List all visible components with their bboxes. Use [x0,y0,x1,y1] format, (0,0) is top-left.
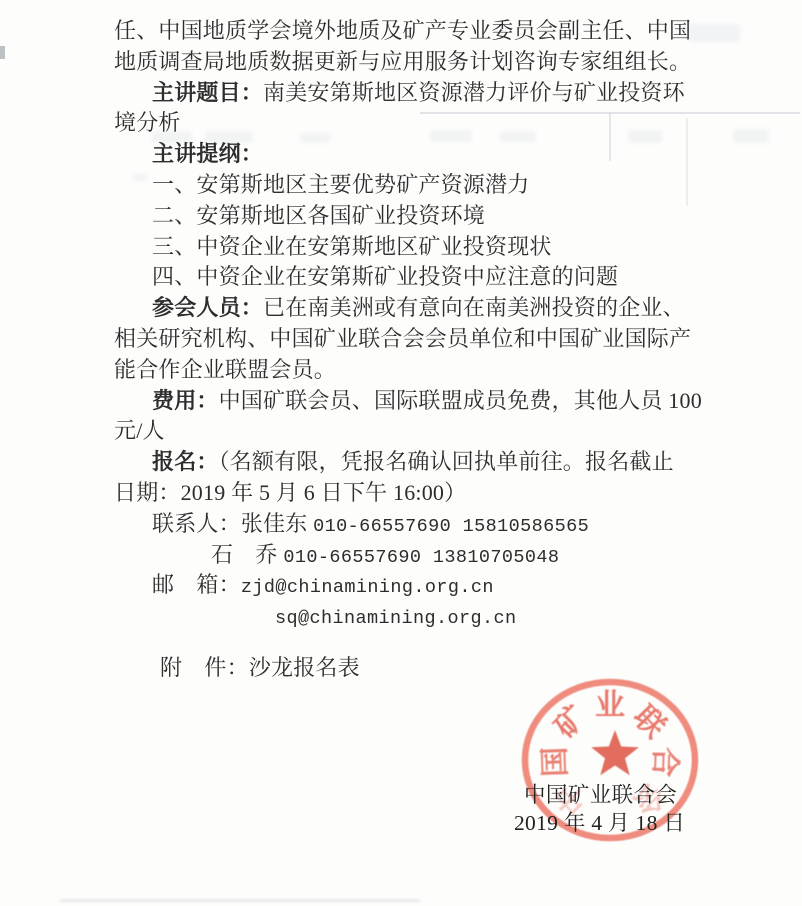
bleedthrough-smudge [152,131,192,143]
doc-line-email: sq@chinamining.org.cn [114,601,694,632]
doc-line: 二、安第斯地区各国矿业投资环境 [114,201,694,232]
scan-edge-mark [60,899,420,902]
bleedthrough-smudge [300,133,330,143]
doc-line: 四、中资企业在安第斯矿业投资中应注意的问题 [114,262,694,293]
doc-line: 费用：中国矿联会员、国际联盟成员免费，其他人员 100 [114,386,694,417]
bleedthrough-vline [609,113,611,161]
bleedthrough-smudge [688,24,740,42]
doc-line: 报名：（名额有限，凭报名确认回执单前往。报名截止 [114,447,694,478]
bleedthrough-smudge [500,131,536,142]
doc-line-contact: 石 乔 010-66557690 13810705048 [114,540,694,571]
doc-line: 主讲提纲： [114,139,694,170]
doc-line: 日期：2019 年 5 月 6 日下午 16:00） [114,478,694,509]
doc-line: 相关研究机构、中国矿业联合会会员单位和中国矿业国际产 [114,324,694,355]
doc-line: 元/人 [114,416,694,447]
doc-line: 主讲题目：南美安第斯地区资源潜力评价与矿业投资环 [114,78,694,109]
bleedthrough-smudge [132,174,148,181]
signature-organization: 中国矿业联合会 [524,778,677,809]
doc-line-email: 邮 箱：zjd@chinamining.org.cn [114,570,694,601]
doc-line: 三、中资企业在安第斯地区矿业投资现状 [114,232,694,263]
signature-date: 2019 年 4 月 18 日 [514,806,685,837]
doc-line-contact: 联系人：张佳东 010-66557690 15810586565 [114,509,694,540]
scan-edge-mark [0,46,5,59]
bleedthrough-smudge [733,129,769,143]
attachment-line: 附 件：沙龙报名表 [160,651,360,682]
seal-star-icon [591,730,639,775]
bleedthrough-smudge [628,130,662,143]
doc-line: 能合作企业联盟会员。 [114,355,694,386]
seal-char: 矿 [549,700,594,745]
bleedthrough-smudge [430,130,472,142]
doc-line: 任、中国地质学会境外地质及矿产专业委员会副主任、中国 [114,16,694,47]
seal-char: 国 [539,746,573,777]
seal-char: 业 [595,689,625,722]
bleedthrough-vline [686,118,688,206]
doc-line: 地质调查局地质数据更新与应用服务计划咨询专家组组长。 [114,47,694,78]
scanned-document-page: 中 国 矿 业 联 合 会 任、中国地质学会境外地质及矿产专业委员会副主任、中国… [0,0,802,906]
doc-line: 参会人员：已在南美洲或有意向在南美洲投资的企业、 [114,293,694,324]
document-body: 任、中国地质学会境外地质及矿产专业委员会副主任、中国 地质调查局地质数据更新与应… [114,16,694,632]
seal-char: 合 [647,746,681,777]
seal-char: 联 [627,700,672,745]
bleedthrough-smudge [205,131,253,143]
doc-line: 一、安第斯地区主要优势矿产资源潜力 [114,170,694,201]
